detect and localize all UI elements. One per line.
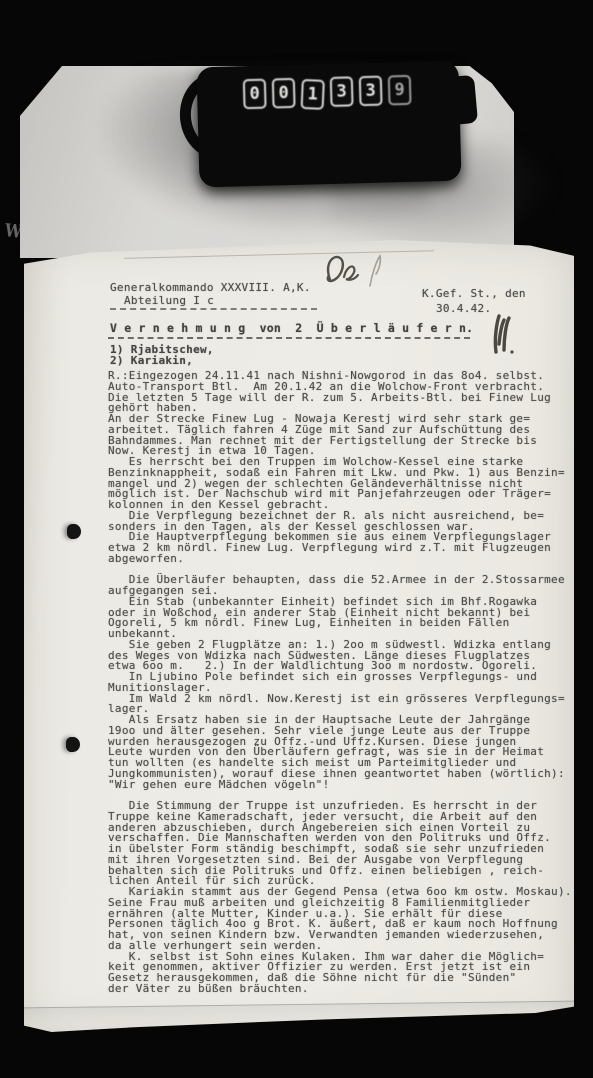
punch-hole-bottom [66,737,80,752]
counter-digit: 3 [330,76,354,107]
counter-digit: 9 [388,75,412,106]
document-title: V e r n e h m u n g von 2 Ü b e r l ä u … [110,321,473,335]
date-line: 30.4.42. [436,302,491,316]
frame-counter-device: 0 0 1 3 3 9 [196,61,461,188]
counter-digit: 0 [272,78,296,109]
unit-department-line: Abteilung I c [124,294,214,307]
punch-hole-top [67,524,81,539]
command-post-line: K.Gef. St., den [422,287,526,301]
paper-top-crease [124,250,434,259]
counter-digit: 1 [301,79,325,110]
document-body-text: R.:Eingezogen 24.11.41 nach Nishni-Nowgo… [108,371,572,995]
counter-digit: 0 [243,79,267,110]
paper-bottom-fold [20,1001,580,1025]
handwritten-initial-icon [490,310,516,358]
document-paper: Generalkommando XXXVIII. A,K. Abteilung … [24,240,574,1032]
title-dashed-underline [108,337,470,339]
counter-digit: 3 [359,76,383,107]
counter-knob [446,75,478,125]
handwritten-note-icon [300,250,386,298]
subject-list: 1) Rjabitschew, 2) Kariakin, [110,344,214,367]
microfilm-frame: W 0 0 1 3 3 9 Generalkommando XXXVIII. A… [0,0,593,1078]
unit-designation-line: Generalkommando XXXVIII. A,K. [110,281,311,294]
counter-digit-strip: 0 0 1 3 3 9 [243,75,412,109]
department-dashed-underline [110,308,317,310]
